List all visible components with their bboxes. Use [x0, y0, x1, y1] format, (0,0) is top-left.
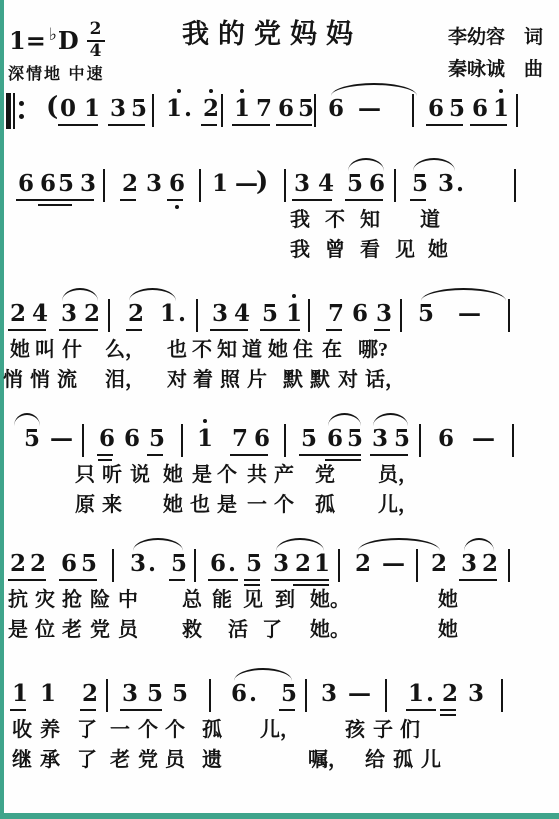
beam-line — [80, 709, 96, 711]
lyric-syllable: 承 — [40, 750, 60, 770]
note: 6 — [438, 427, 456, 450]
note: 3. — [130, 552, 158, 575]
lyric-syllable: 知 — [217, 340, 237, 360]
note: 1 — [197, 427, 215, 450]
note: 4 — [318, 172, 336, 195]
lyric-syllable: 老 — [110, 750, 130, 770]
note: 5 — [412, 172, 430, 195]
lyric-syllable: 中 — [118, 590, 138, 610]
lyric-syllable: 们 — [400, 720, 420, 740]
lyric-syllable: 党 — [138, 750, 158, 770]
beam-line — [271, 579, 329, 581]
barline — [196, 299, 198, 332]
note: 6. — [231, 682, 259, 705]
beam-line — [260, 329, 300, 331]
beam-line — [169, 579, 185, 581]
beam-line — [345, 199, 383, 201]
note: 5 — [347, 172, 365, 195]
barline — [516, 94, 518, 127]
note: 3. — [438, 172, 466, 195]
note: 5 — [24, 427, 42, 450]
lyric-syllable: 照 — [220, 370, 240, 390]
lyric-syllable: 一 — [110, 720, 130, 740]
note: 6 — [328, 97, 346, 120]
lyric-syllable: 嘱， — [308, 750, 348, 770]
note: 2 — [128, 302, 146, 325]
octave-dot-above — [209, 89, 213, 93]
lyric-syllable: 到 — [275, 590, 295, 610]
lyric-syllable: 孤 — [202, 720, 222, 740]
lyric-syllable: 原 — [75, 495, 95, 515]
lyric-syllable: 知 — [360, 210, 380, 230]
beam-line — [8, 329, 46, 331]
dash-note: — — [382, 552, 407, 575]
barline — [209, 679, 211, 712]
note: 5 — [149, 427, 167, 450]
note: 3 — [294, 172, 312, 195]
note: 5 — [262, 302, 280, 325]
note: 5 — [58, 172, 76, 195]
note: 3 — [321, 682, 339, 705]
note: 2 — [30, 552, 48, 575]
dash-note: — — [358, 97, 383, 120]
note: 3 — [212, 302, 230, 325]
lyric-syllable: 儿， — [378, 495, 418, 515]
note: 3 — [146, 172, 164, 195]
lyric-syllable: 只 — [75, 465, 95, 485]
beam-line — [120, 199, 136, 201]
lyric-syllable: 不 — [325, 210, 345, 230]
slur-arc — [421, 288, 506, 301]
beam-line — [16, 199, 94, 201]
note: 3 — [376, 302, 394, 325]
lyric-syllable: 党 — [90, 620, 110, 640]
note: 6 — [169, 172, 187, 195]
slur-arc — [234, 668, 292, 681]
lyric-syllable: 个 — [165, 720, 185, 740]
lyric-syllable: 抗 — [8, 590, 28, 610]
lyric-syllable: 是 — [8, 620, 28, 640]
note: 4 — [32, 302, 50, 325]
lyric-syllable: 她 — [268, 340, 288, 360]
lyric-syllable: 么， — [105, 340, 145, 360]
lyric-syllable: 也 — [167, 340, 187, 360]
note: 5 — [394, 427, 412, 450]
note: 3 — [273, 552, 291, 575]
note: 6 — [472, 97, 490, 120]
lyric-syllable: 在 — [322, 340, 342, 360]
phrase-paren: ) — [256, 169, 268, 195]
lyric-syllable: 她 — [163, 495, 183, 515]
repeat-begin-sign — [6, 93, 28, 129]
beam-line — [325, 459, 361, 461]
lyric-syllable: 哪? — [358, 340, 388, 360]
beam-line — [426, 124, 463, 126]
barline — [385, 679, 387, 712]
lyric-syllable: 产 — [274, 465, 294, 485]
lyric-syllable: 听 — [102, 465, 122, 485]
note: 1. — [160, 302, 188, 325]
sheet-music-page: 1= ♭ D 2 4 我的党妈妈 李幼容 词 秦咏诚 曲 深情地 中速 (013… — [0, 0, 559, 819]
lyric-syllable: 她 — [438, 620, 458, 640]
beam-line — [292, 199, 332, 201]
note: 6. — [210, 552, 238, 575]
beam-line — [108, 124, 145, 126]
lyric-syllable: 个 — [274, 495, 294, 515]
note: 1 — [12, 682, 30, 705]
lyric-syllable: 她 — [163, 465, 183, 485]
lyric-syllable: 遗 — [202, 750, 222, 770]
note: 4 — [234, 302, 252, 325]
note: 1 — [234, 97, 252, 120]
lyric-syllable: 是 — [217, 495, 237, 515]
beam-line — [98, 459, 112, 461]
lyric-syllable: 了 — [262, 620, 282, 640]
lyric-syllable: 员 — [118, 620, 138, 640]
slur-arc — [373, 413, 408, 426]
lyric-syllable: 给 — [365, 750, 385, 770]
note: 2 — [122, 172, 140, 195]
barline — [305, 679, 307, 712]
barline — [400, 299, 402, 332]
beam-line — [406, 709, 436, 711]
lyric-syllable: 流 — [57, 370, 77, 390]
beam-line — [374, 329, 390, 331]
beam-line — [97, 454, 113, 456]
lyric-syllable: 是 — [192, 465, 212, 485]
note: 2 — [10, 302, 28, 325]
barline — [194, 549, 196, 582]
note: 2 — [355, 552, 373, 575]
note: 2 — [482, 552, 500, 575]
slur-arc — [328, 413, 361, 426]
beam-line — [59, 329, 98, 331]
note: 2 — [82, 682, 100, 705]
lyric-syllable: 险 — [90, 590, 110, 610]
beam-line — [370, 454, 408, 456]
lyric-syllable: 子 — [373, 720, 393, 740]
note: 6 — [61, 552, 79, 575]
lyric-syllable: 默 — [310, 370, 330, 390]
barline — [314, 94, 316, 127]
note: 1 — [84, 97, 102, 120]
lyric-syllable: 她 — [10, 340, 30, 360]
lyric-syllable: 老 — [62, 620, 82, 640]
lyric-syllable: 住 — [293, 340, 313, 360]
barline — [181, 424, 183, 457]
slur-arc — [62, 288, 98, 301]
beam-line — [59, 579, 97, 581]
slur-arc — [348, 158, 384, 171]
slur-arc — [129, 288, 176, 301]
lyric-syllable: 她。 — [310, 620, 350, 640]
lyric-syllable: 能 — [212, 590, 232, 610]
note: 5 — [347, 427, 365, 450]
note: 6 — [369, 172, 387, 195]
dash-note: — — [472, 427, 497, 450]
beam-line — [120, 709, 162, 711]
note: 1. — [166, 97, 194, 120]
note: 3 — [461, 552, 479, 575]
barline — [338, 549, 340, 582]
barline — [284, 424, 286, 457]
lyric-syllable: 灾 — [35, 590, 55, 610]
lyric-syllable: 活 — [228, 620, 248, 640]
note: 1 — [40, 682, 58, 705]
lyric-syllable: 什 — [62, 340, 82, 360]
beam-line — [299, 454, 361, 456]
octave-dot-above — [203, 419, 207, 423]
barline — [508, 299, 510, 332]
lyric-syllable: 悄 — [30, 370, 50, 390]
lyric-syllable: 总 — [182, 590, 202, 610]
beam-line — [8, 579, 46, 581]
note: 0 — [60, 97, 78, 120]
lyric-syllable: 道 — [420, 210, 440, 230]
beam-line — [147, 454, 163, 456]
note: 5 — [147, 682, 165, 705]
note: 7 — [328, 302, 346, 325]
beam-line — [279, 709, 295, 711]
note: 1 — [314, 552, 332, 575]
beam-line — [276, 124, 312, 126]
barline — [419, 424, 421, 457]
beam-line — [210, 329, 248, 331]
dash-note: — — [50, 427, 75, 450]
lyric-syllable: 共 — [247, 465, 267, 485]
lyric-syllable: 话， — [365, 370, 405, 390]
barline — [508, 549, 510, 582]
lyric-syllable: 养 — [40, 720, 60, 740]
phrase-paren: ( — [46, 94, 58, 120]
barline — [501, 679, 503, 712]
note: 2 — [203, 97, 221, 120]
beam-line — [410, 199, 426, 201]
note: 1 — [212, 172, 230, 195]
lyric-syllable: 员 — [165, 750, 185, 770]
beam-line — [459, 579, 497, 581]
beam-line — [230, 454, 268, 456]
beam-line — [326, 329, 342, 331]
lyric-syllable: 她 — [428, 240, 448, 260]
slur-arc — [133, 538, 183, 551]
note: 7 — [232, 427, 250, 450]
note: 5 — [449, 97, 467, 120]
barline — [152, 94, 154, 127]
lyric-syllable: 她。 — [310, 590, 350, 610]
note: 6 — [352, 302, 370, 325]
note: 6 — [254, 427, 272, 450]
barline — [308, 299, 310, 332]
beam-line — [232, 124, 270, 126]
note: 6 — [40, 172, 58, 195]
beam-line — [470, 124, 507, 126]
beam-line — [201, 124, 217, 126]
lyric-syllable: 党 — [315, 465, 335, 485]
lyric-syllable: 孩 — [345, 720, 365, 740]
note: 5 — [171, 552, 189, 575]
slur-arc — [276, 538, 324, 551]
lyric-syllable: 救 — [182, 620, 202, 640]
note: 6 — [124, 427, 142, 450]
lyric-syllable: 我 — [290, 210, 310, 230]
note: 5 — [81, 552, 99, 575]
barline — [394, 169, 396, 202]
barline — [199, 169, 201, 202]
beam-line — [244, 584, 260, 586]
barline — [514, 169, 516, 202]
beam-line — [208, 579, 238, 581]
note: 3 — [372, 427, 390, 450]
barline — [106, 679, 108, 712]
lyric-syllable: 默 — [283, 370, 303, 390]
note: 3 — [80, 172, 98, 195]
lyric-syllable: 悄 — [3, 370, 23, 390]
lyric-syllable: 叫 — [35, 340, 55, 360]
beam-line — [10, 709, 26, 711]
beam-line — [244, 579, 260, 581]
lyric-syllable: 我 — [290, 240, 310, 260]
octave-dot-below — [175, 205, 179, 209]
lyric-syllable: 孤 — [393, 750, 413, 770]
note: 6 — [327, 427, 345, 450]
lyric-syllable: 对 — [167, 370, 187, 390]
barline — [108, 299, 110, 332]
note: 3 — [122, 682, 140, 705]
barline — [112, 549, 114, 582]
note: 5 — [418, 302, 436, 325]
dash-note: — — [458, 302, 483, 325]
note: 5 — [281, 682, 299, 705]
slur-arc — [14, 413, 40, 426]
note: 6 — [18, 172, 36, 195]
note: 5 — [246, 552, 264, 575]
lyric-syllable: 也 — [190, 495, 210, 515]
lyric-syllable: 见 — [243, 590, 263, 610]
beam-line — [440, 709, 456, 711]
lyric-syllable: 见 — [395, 240, 415, 260]
octave-dot-above — [292, 294, 296, 298]
lyric-syllable: 个 — [217, 465, 237, 485]
note: 1 — [493, 97, 511, 120]
lyric-syllable: 员， — [378, 465, 418, 485]
lyric-syllable: 对 — [338, 370, 358, 390]
lyric-syllable: 个 — [138, 720, 158, 740]
note: 3 — [61, 302, 79, 325]
note: 6 — [99, 427, 117, 450]
lyric-syllable: 说 — [130, 465, 150, 485]
note: 5 — [131, 97, 149, 120]
note: 1. — [408, 682, 436, 705]
slur-arc — [464, 538, 494, 551]
lyric-syllable: 继 — [12, 750, 32, 770]
slur-arc — [331, 83, 417, 96]
beam-line — [440, 714, 456, 716]
lyric-syllable: 了 — [77, 720, 97, 740]
note: 2 — [431, 552, 449, 575]
slur-arc — [413, 158, 455, 171]
note: 5 — [301, 427, 319, 450]
lyric-syllable: 孤 — [315, 495, 335, 515]
lyric-syllable: 不 — [192, 340, 212, 360]
note: 6 — [278, 97, 296, 120]
lyric-syllable: 儿， — [260, 720, 300, 740]
lyric-syllable: 着 — [193, 370, 213, 390]
note: 2 — [84, 302, 102, 325]
beam-line — [38, 204, 72, 206]
lyric-syllable: 抢 — [62, 590, 82, 610]
lyric-syllable: 看 — [360, 240, 380, 260]
barline — [103, 169, 105, 202]
note: 2 — [442, 682, 460, 705]
slur-arc — [358, 538, 440, 551]
beam-line — [293, 584, 329, 586]
barline — [221, 94, 223, 127]
beam-line — [167, 199, 183, 201]
lyric-syllable: 来 — [102, 495, 122, 515]
lyric-syllable: 位 — [35, 620, 55, 640]
lyric-syllable: 一 — [247, 495, 267, 515]
lyric-syllable: 片 — [247, 370, 267, 390]
note: 3 — [468, 682, 486, 705]
barline — [412, 94, 414, 127]
beam-line — [58, 124, 98, 126]
beam-line — [126, 329, 142, 331]
note: 6 — [428, 97, 446, 120]
lyric-syllable: 了 — [77, 750, 97, 770]
octave-dot-above — [499, 89, 503, 93]
lyric-syllable: 收 — [12, 720, 32, 740]
dash-note: — — [348, 682, 373, 705]
lyric-syllable: 她 — [438, 590, 458, 610]
note: 1 — [286, 302, 304, 325]
lyric-syllable: 曾 — [325, 240, 345, 260]
barline — [512, 424, 514, 457]
octave-dot-above — [177, 89, 181, 93]
lyric-syllable: 泪， — [105, 370, 145, 390]
barline — [416, 549, 418, 582]
octave-dot-above — [240, 89, 244, 93]
note: 2 — [10, 552, 28, 575]
note: 5 — [172, 682, 190, 705]
note: 2 — [295, 552, 313, 575]
score: (01351.217656—656166532361—)345653.我不知道我… — [0, 0, 559, 819]
lyric-syllable: 道 — [242, 340, 262, 360]
barline — [284, 169, 286, 202]
note: 7 — [256, 97, 274, 120]
note: 3 — [110, 97, 128, 120]
barline — [82, 424, 84, 457]
lyric-syllable: 儿 — [421, 750, 441, 770]
